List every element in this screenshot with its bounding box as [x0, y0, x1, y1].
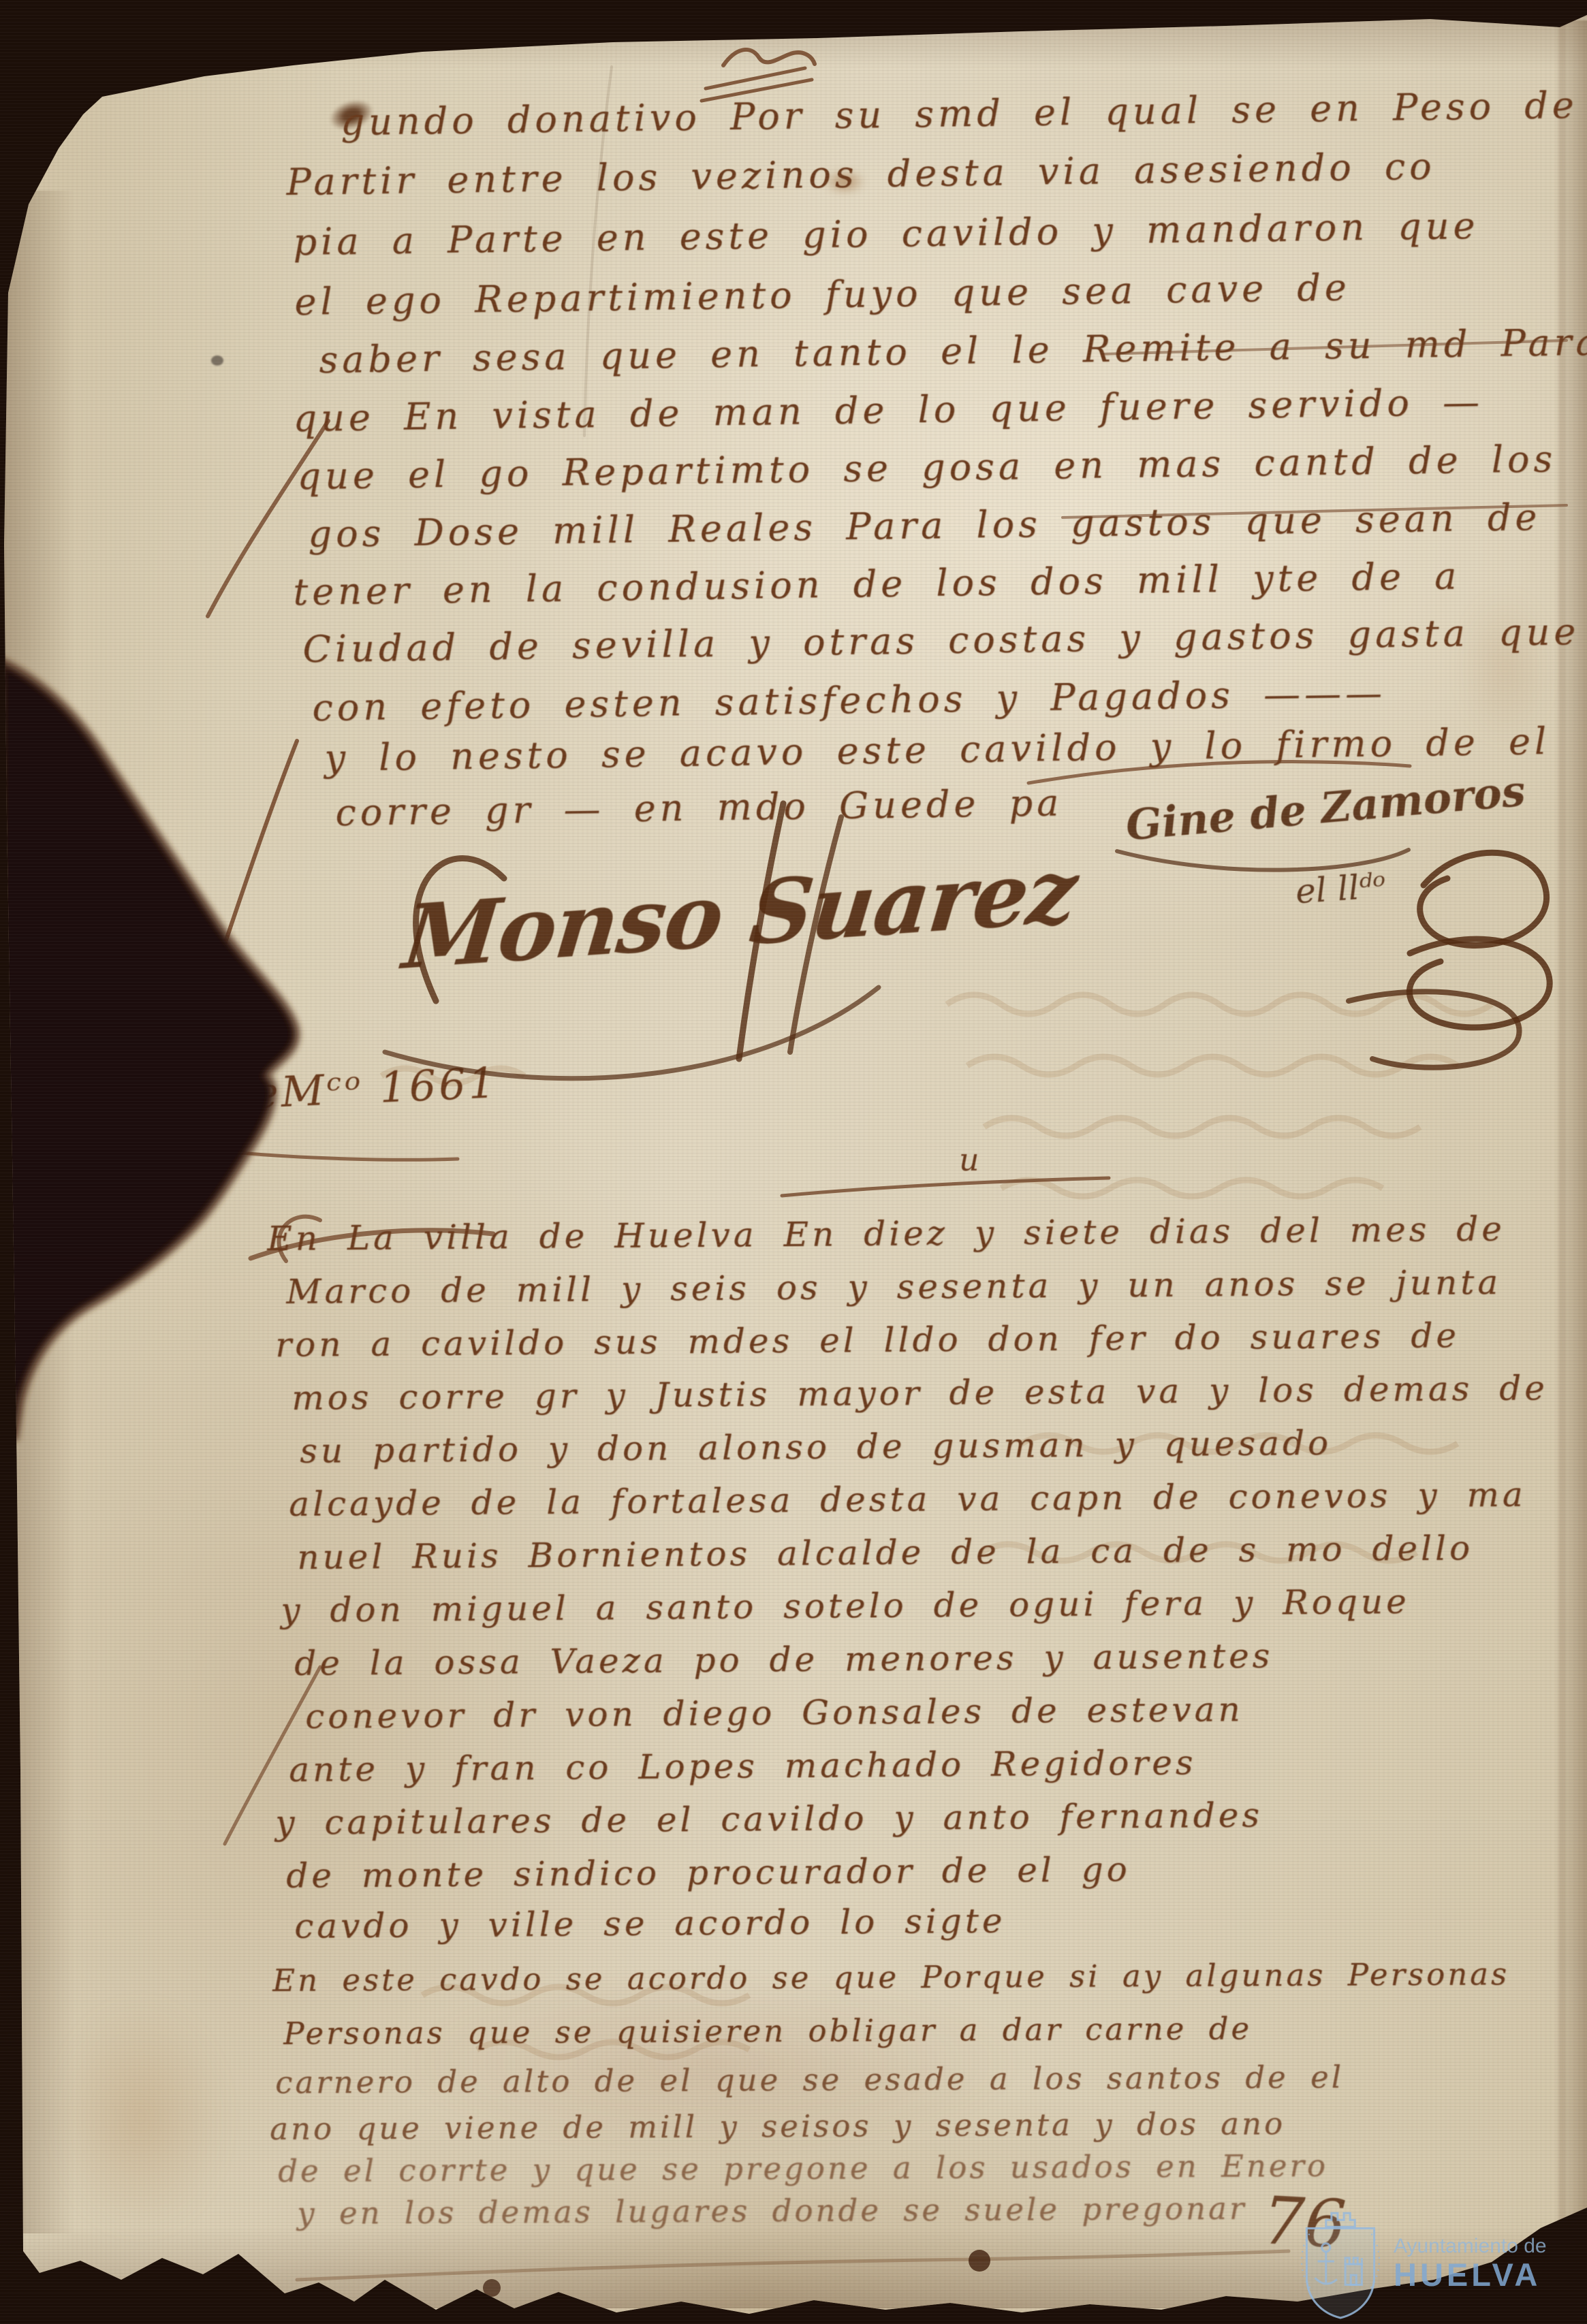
manuscript-line: En La villa de Huelva En diez y siete di… — [267, 1209, 1505, 1258]
manuscript-line: ante y fran co Lopes machado Regidores — [289, 1743, 1197, 1789]
signature-right-name: Gine de Zamoros — [1124, 766, 1527, 850]
manuscript-line: Marco de mill y seis os y sesenta y un a… — [286, 1262, 1501, 1311]
manuscript-line: tener en la condusion de los dos mill yt… — [293, 554, 1461, 614]
manuscript-line: mos corre gr y Justis mayor de esta va y… — [292, 1369, 1548, 1418]
manuscript-line: gundo donativo Por su smd el qual se en … — [341, 84, 1578, 144]
paper-edge-shade-top — [82, 14, 1587, 68]
huelva-crest-icon — [1300, 2203, 1381, 2319]
manuscript-line: y en los demas lugares donde se suele pr… — [297, 2191, 1247, 2231]
scorch-ring — [0, 660, 296, 1444]
manuscript-line: de la ossa Vaeza po de menores y ausente… — [294, 1636, 1273, 1683]
watermark-line2: HUELVA — [1394, 2257, 1547, 2293]
manuscript-line: saber sesa que en tanto el le Remite a s… — [319, 321, 1587, 381]
manuscript-line: y lo nesto se acavo este cavildo y lo fi… — [324, 720, 1551, 780]
manuscript-line: Partir entre los vezinos desta via asesi… — [286, 144, 1436, 204]
manuscript-line: ron a cavildo sus mdes el lldo don fer d… — [275, 1316, 1460, 1365]
marginal-date-note: deMᶜᵒ 1661 — [223, 1057, 499, 1119]
manuscript-line: de el corrte y que se pregone a los usad… — [278, 2148, 1328, 2189]
ink-blob — [483, 2279, 501, 2297]
manuscript-line: Ciudad de sevilla y otras costas y gasto… — [302, 610, 1580, 671]
manuscript-line: que el go Repartimto se gosa en mas cant… — [297, 437, 1557, 498]
manuscript-line: corre gr — en mdo Guede pa — [335, 781, 1063, 834]
manuscript-line: nuel Ruis Bornientos alcalde de la ca de… — [297, 1528, 1473, 1577]
small-spot-stain — [211, 355, 223, 366]
manuscript-line: ano que viene de mill y seisos y sesenta… — [270, 2105, 1285, 2147]
manuscript-line: Personas que se quisieren obligar a dar … — [283, 2011, 1252, 2052]
manuscript-line: su partido y don alonso de gusman y ques… — [300, 1423, 1332, 1471]
manuscript-line: pia a Parte en este gio cavildo y mandar… — [293, 204, 1479, 264]
manuscript-line: de monte sindico procurador de el go — [286, 1849, 1131, 1896]
manuscript-line: En este cavdo se acordo se que Porque si… — [272, 1956, 1509, 1999]
manuscript-line: conevor dr von diego Gonsales de estevan — [305, 1689, 1244, 1736]
signature-right-title: el llᵈᵒ — [1294, 865, 1387, 911]
manuscript-line: carnero de alto de el que se esade a los… — [275, 2059, 1344, 2101]
manuscript-line: el ego Repartimiento fuyo que sea cave d… — [294, 266, 1351, 323]
manuscript-line: gos Dose mill Reales Para los gastos que… — [308, 496, 1541, 556]
manuscript-line: con efeto esten satisfechos y Pagados ——… — [312, 671, 1386, 729]
separator-mark: u — [959, 1141, 979, 1178]
huelva-watermark: Ayuntamiento de HUELVA — [1300, 2203, 1547, 2319]
manuscript-line: que En vista de man de lo que fuere serv… — [293, 381, 1483, 440]
watermark-text: Ayuntamiento de HUELVA — [1394, 2203, 1547, 2293]
manuscript-line: alcayde de la fortalesa desta va capn de… — [289, 1475, 1526, 1524]
paper-edge-shade-left — [0, 191, 75, 2233]
ink-blob — [969, 2250, 990, 2272]
signature-left: Monso Suarez — [398, 840, 1081, 989]
paper-sheet: gundo donativo Por su smd el qual se en … — [0, 0, 1587, 2324]
manuscript-scan: gundo donativo Por su smd el qual se en … — [0, 0, 1587, 2324]
manuscript-line: cavdo y ville se acordo lo sigte — [294, 1901, 1006, 1946]
manuscript-line: y capitulares de el cavildo y anto ferna… — [275, 1796, 1263, 1843]
watermark-line1: Ayuntamiento de — [1394, 2235, 1547, 2257]
foxing-patch — [25, 1961, 256, 2274]
manuscript-line: y don miguel a santo sotelo de ogui fera… — [281, 1582, 1410, 1630]
